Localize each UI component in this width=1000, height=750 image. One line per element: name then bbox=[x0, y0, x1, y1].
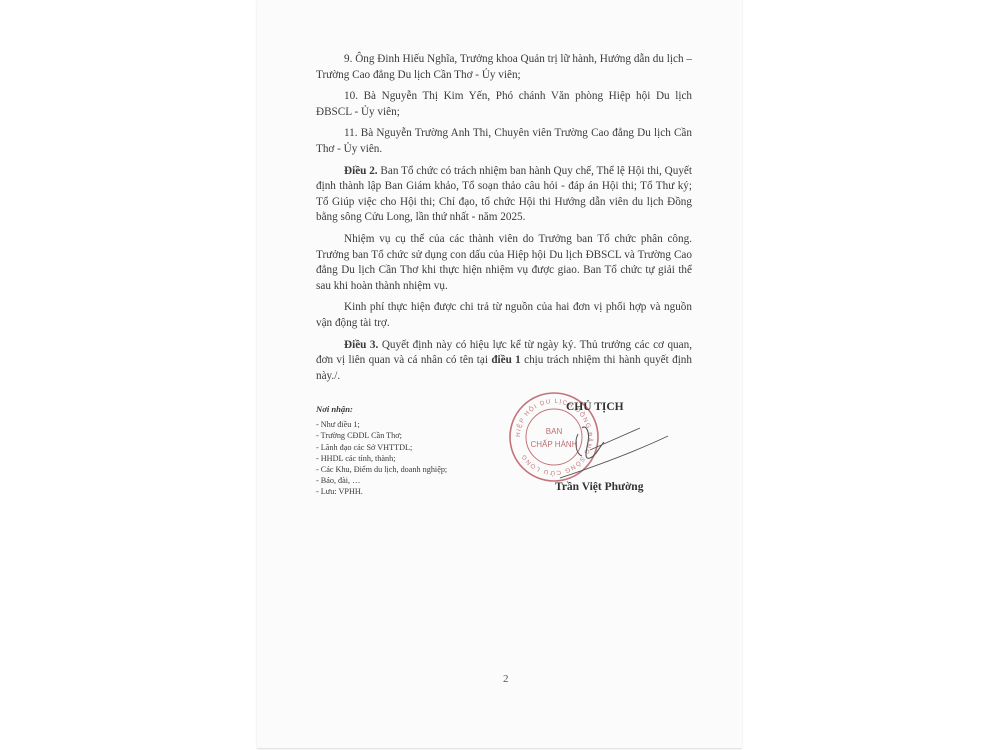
recipient-item: - Trường CĐDL Cần Thơ; bbox=[316, 430, 506, 441]
document-body: 9. Ông Đinh Hiếu Nghĩa, Trưởng khoa Quản… bbox=[316, 52, 692, 390]
recipients-block: Nơi nhận: - Như điều 1; - Trường CĐDL Cầ… bbox=[316, 404, 506, 498]
recipients-title: Nơi nhận: bbox=[316, 404, 506, 415]
recipient-item: - Các Khu, Điểm du lịch, doanh nghiệp; bbox=[316, 464, 506, 475]
article-3-bold-ref: điều 1 bbox=[491, 354, 520, 366]
member-10-paragraph: 10. Bà Nguyễn Thị Kim Yến, Phó chánh Văn… bbox=[316, 89, 692, 120]
signatory-name: Trần Việt Phường bbox=[555, 481, 643, 493]
recipient-item: - HHDL các tỉnh, thành; bbox=[316, 453, 506, 464]
recipient-item: - Báo, đài, … bbox=[316, 475, 506, 486]
recipient-item: - Như điều 1; bbox=[316, 419, 506, 430]
recipient-item: - Lãnh đạo các Sở VHTTDL; bbox=[316, 442, 506, 453]
article-3-paragraph: Điều 3. Quyết định này có hiệu lực kể từ… bbox=[316, 338, 692, 385]
signature-title: CHỦ TỊCH bbox=[566, 401, 624, 413]
article-2-label: Điều 2. bbox=[344, 165, 378, 177]
member-11-paragraph: 11. Bà Nguyễn Trường Anh Thi, Chuyên viê… bbox=[316, 126, 692, 157]
article-2-paragraph: Điều 2. Ban Tổ chức có trách nhiệm ban h… bbox=[316, 164, 692, 226]
article-2-tasks-paragraph: Nhiệm vụ cụ thể của các thành viên do Tr… bbox=[316, 232, 692, 294]
page-number: 2 bbox=[503, 673, 509, 685]
recipient-item: - Lưu: VPHH. bbox=[316, 486, 506, 497]
member-9-paragraph: 9. Ông Đinh Hiếu Nghĩa, Trưởng khoa Quản… bbox=[316, 52, 692, 83]
handwritten-signature-icon bbox=[560, 420, 670, 480]
article-2-funding-paragraph: Kinh phí thực hiện được chi trả từ nguồn… bbox=[316, 300, 692, 331]
article-3-label: Điều 3. bbox=[344, 339, 378, 351]
